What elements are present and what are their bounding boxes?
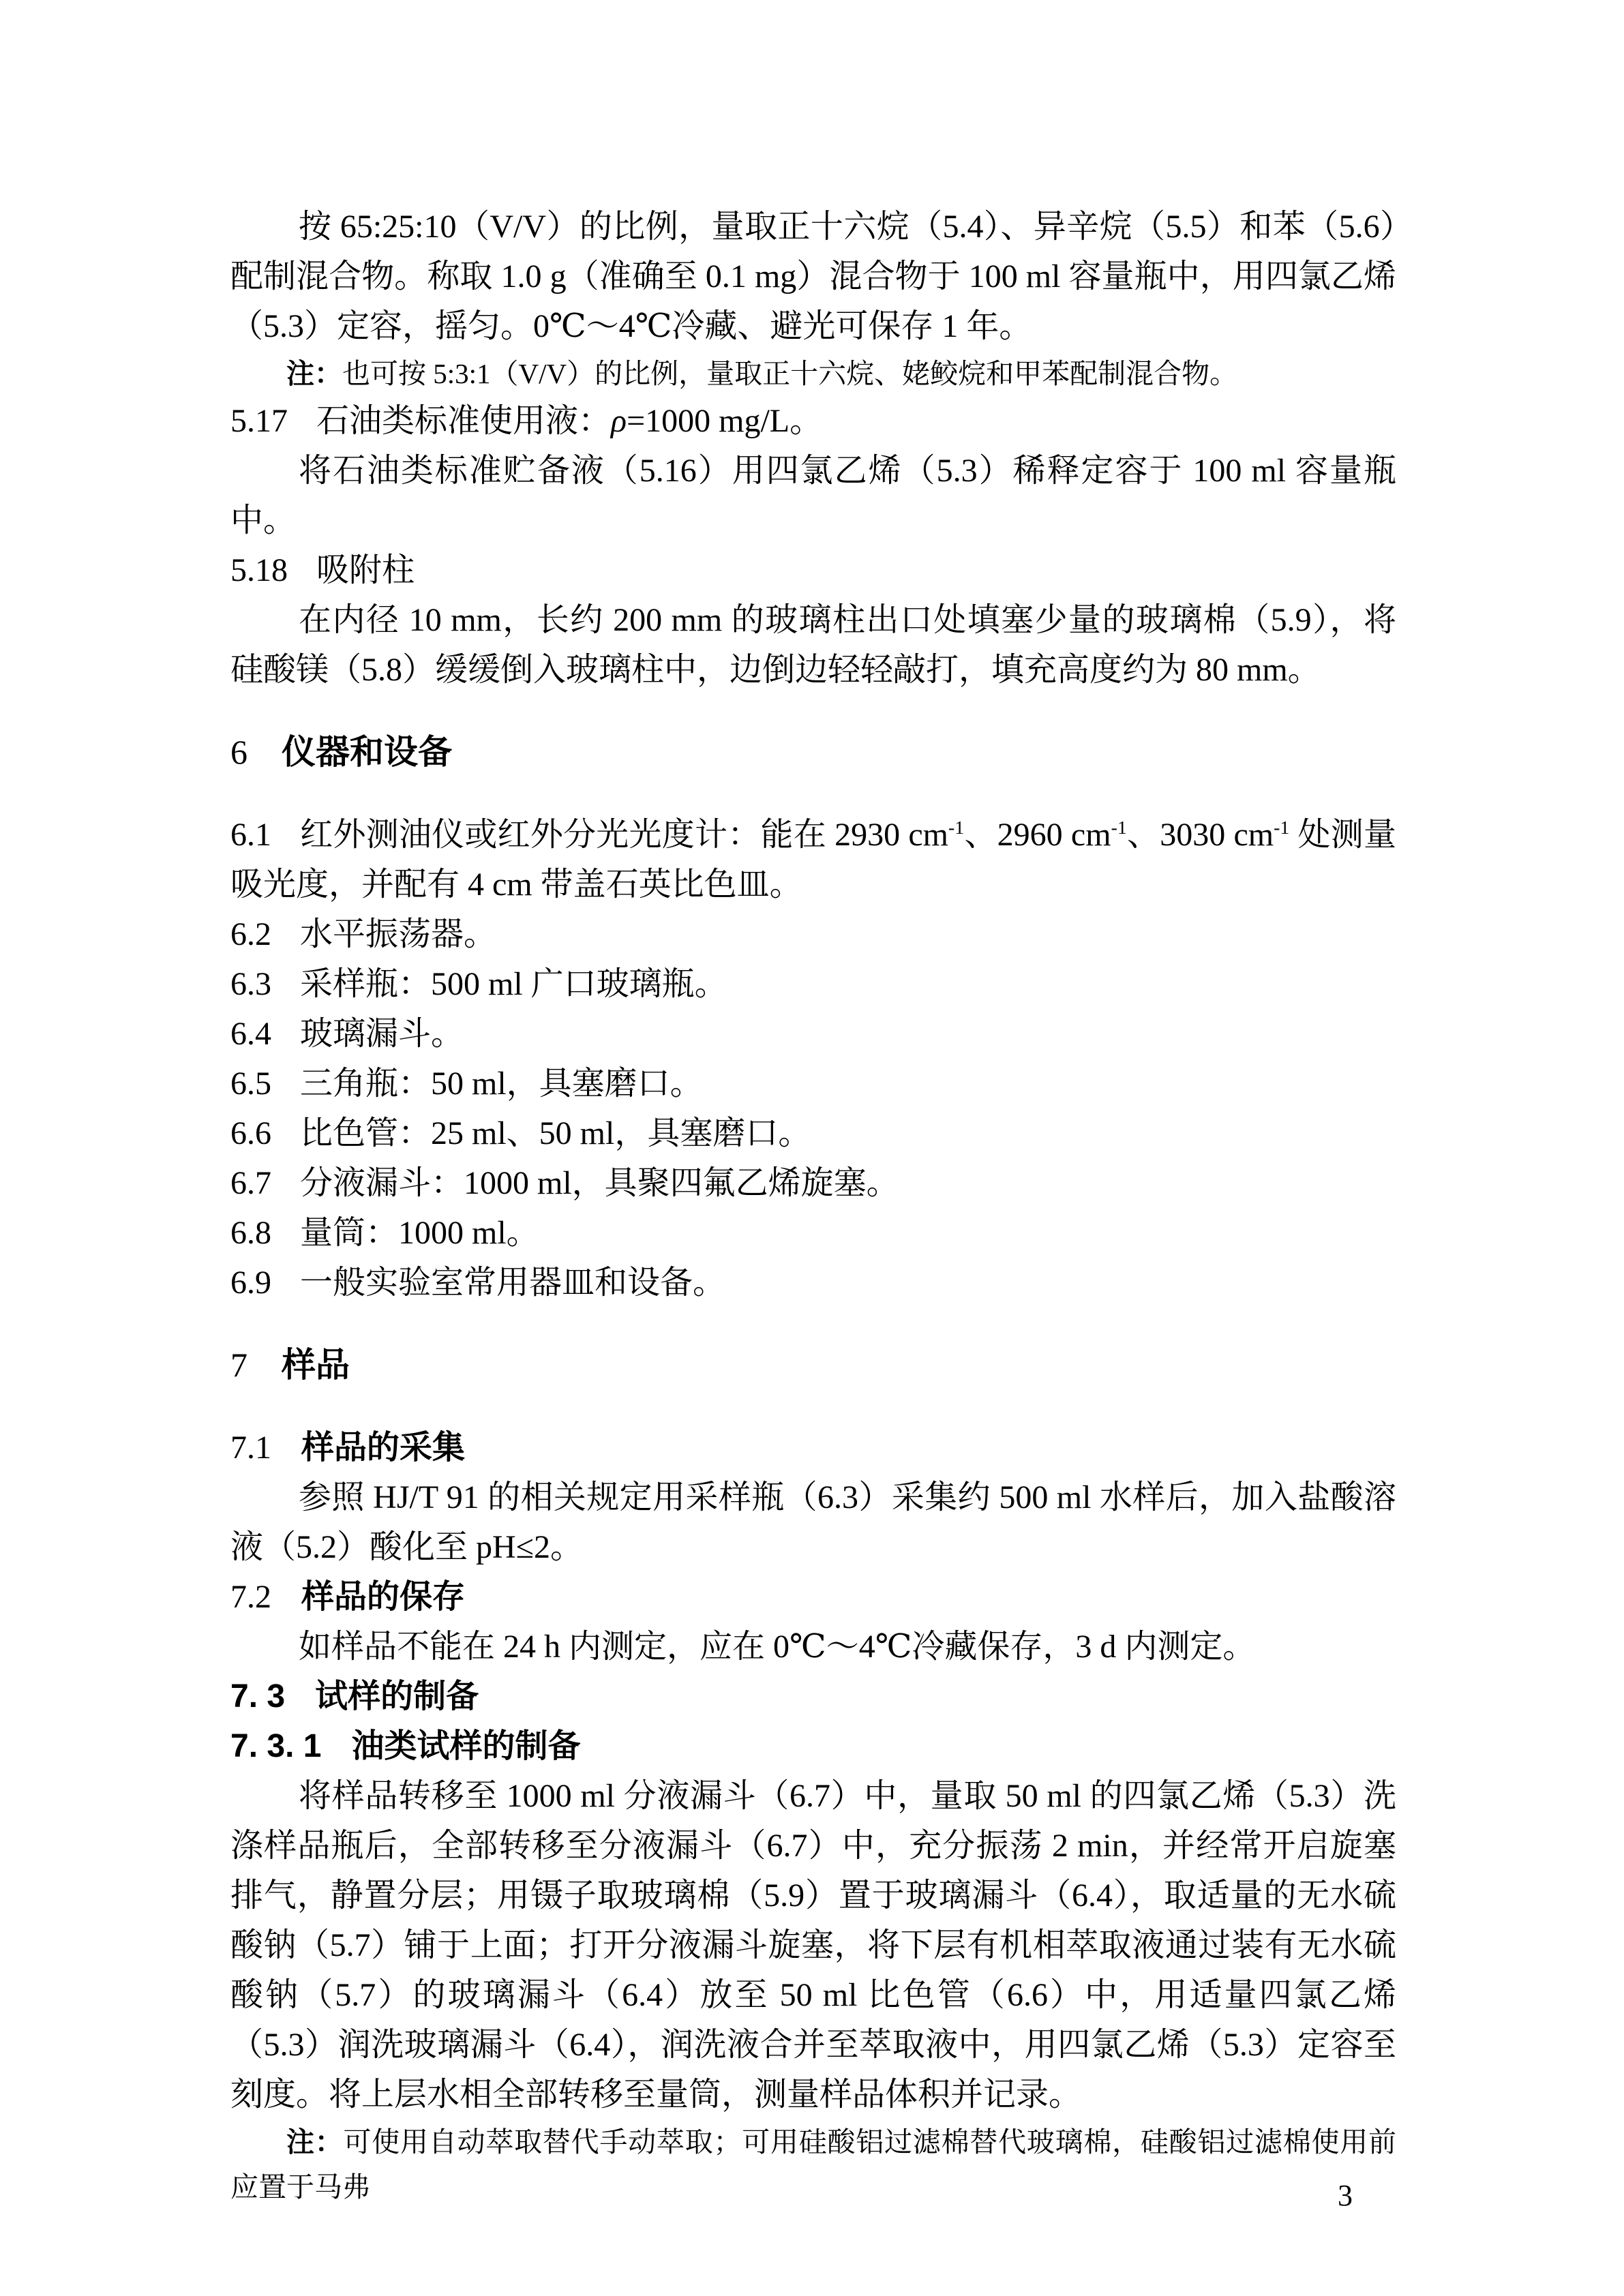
clause-number: 6.4	[230, 1016, 271, 1052]
heading-7-3-1: 7. 3. 1油类试样的制备	[230, 1721, 1396, 1771]
clause-text: 红外测油仪或红外分光光度计：能在 2930 cm-1、2960 cm-1、303…	[230, 817, 1396, 903]
clause-6-4: 6.4玻璃漏斗。	[230, 1009, 1396, 1059]
note-label: 注：	[286, 358, 342, 389]
clause-number: 5.17	[230, 403, 288, 439]
clause-text: 比色管：25 ml、50 ml，具塞磨口。	[300, 1115, 811, 1151]
paragraph-7-2-body: 如样品不能在 24 h 内测定，应在 0℃～4℃冷藏保存，3 d 内测定。	[230, 1622, 1396, 1672]
clause-6-8: 6.8量筒：1000 ml。	[230, 1208, 1396, 1258]
clause-number: 6.5	[230, 1066, 271, 1102]
heading-title: 油类试样的制备	[351, 1728, 580, 1764]
clause-6-5: 6.5三角瓶：50 ml，具塞磨口。	[230, 1059, 1396, 1108]
note-text: 也可按 5:3:1（V/V）的比例，量取正十六烷、姥鲛烷和甲苯配制混合物。	[342, 358, 1237, 389]
section-number: 6	[230, 733, 247, 771]
heading-7-1: 7.1样品的采集	[230, 1423, 1396, 1472]
paragraph-7-3-1-body: 将样品转移至 1000 ml 分液漏斗（6.7）中，量取 50 ml 的四氯乙烯…	[230, 1771, 1396, 2119]
clause-number: 6.6	[230, 1115, 271, 1151]
paragraph-5-18-body: 在内径 10 mm，长约 200 mm 的玻璃柱出口处填塞少量的玻璃棉（5.9）…	[230, 595, 1396, 695]
heading-number: 7.1	[230, 1430, 271, 1466]
clause-number: 6.3	[230, 966, 271, 1002]
clause-text: 分液漏斗：1000 ml，具聚四氟乙烯旋塞。	[300, 1165, 899, 1201]
clause-6-2: 6.2水平振荡器。	[230, 909, 1396, 959]
clause-text: 一般实验室常用器皿和设备。	[300, 1265, 725, 1301]
clause-number: 5.18	[230, 552, 288, 588]
clause-5-17: 5.17石油类标准使用液：ρ=1000 mg/L。	[230, 396, 1396, 446]
note-mixture-alternative: 注：也可按 5:3:1（V/V）的比例，量取正十六烷、姥鲛烷和甲苯配制混合物。	[230, 351, 1396, 396]
heading-number: 7. 3	[230, 1678, 285, 1715]
clause-text: 采样瓶：500 ml 广口玻璃瓶。	[300, 966, 727, 1002]
page-content: 按 65:25:10（V/V）的比例，量取正十六烷（5.4）、异辛烷（5.5）和…	[230, 202, 1396, 2209]
note-extraction-alternative: 注：可使用自动萃取替代手动萃取；可用硅酸铝过滤棉替代玻璃棉，硅酸铝过滤棉使用前应…	[230, 2119, 1396, 2209]
heading-title: 样品的保存	[301, 1579, 465, 1615]
heading-number: 7. 3. 1	[230, 1728, 321, 1764]
paragraph-mixture-preparation: 按 65:25:10（V/V）的比例，量取正十六烷（5.4）、异辛烷（5.5）和…	[230, 202, 1396, 351]
clause-text: 玻璃漏斗。	[300, 1016, 464, 1052]
clause-6-3: 6.3采样瓶：500 ml 广口玻璃瓶。	[230, 959, 1396, 1009]
heading-7-2: 7.2样品的保存	[230, 1572, 1396, 1622]
document-page: 按 65:25:10（V/V）的比例，量取正十六烷（5.4）、异辛烷（5.5）和…	[0, 0, 1624, 2296]
section-6-heading: 6仪器和设备	[230, 727, 1396, 777]
note-label: 注：	[286, 2126, 344, 2158]
heading-number: 7.2	[230, 1579, 271, 1615]
clause-number: 6.9	[230, 1265, 271, 1301]
page-number: 3	[1338, 2179, 1353, 2213]
clause-6-1: 6.1红外测油仪或红外分光光度计：能在 2930 cm-1、2960 cm-1、…	[230, 810, 1396, 909]
clause-text: 量筒：1000 ml。	[300, 1215, 539, 1251]
heading-title: 样品的采集	[301, 1430, 465, 1466]
clause-text: 水平振荡器。	[300, 916, 496, 952]
note-text: 可使用自动萃取替代手动萃取；可用硅酸铝过滤棉替代玻璃棉，硅酸铝过滤棉使用前应置于…	[230, 2126, 1396, 2203]
section-title: 仪器和设备	[282, 733, 452, 771]
section-title: 样品	[282, 1346, 350, 1384]
clause-text: 吸附柱	[316, 552, 415, 588]
heading-7-3: 7. 3试样的制备	[230, 1672, 1396, 1721]
section-7-heading: 7样品	[230, 1340, 1396, 1390]
section-6-clause-list: 6.1红外测油仪或红外分光光度计：能在 2930 cm-1、2960 cm-1、…	[230, 810, 1396, 1308]
clause-5-18: 5.18吸附柱	[230, 545, 1396, 595]
clause-number: 6.2	[230, 916, 271, 952]
paragraph-7-1-body: 参照 HJ/T 91 的相关规定用采样瓶（6.3）采集约 500 ml 水样后，…	[230, 1472, 1396, 1572]
clause-6-6: 6.6比色管：25 ml、50 ml，具塞磨口。	[230, 1108, 1396, 1158]
paragraph-5-17-body: 将石油类标准贮备液（5.16）用四氯乙烯（5.3）稀释定容于 100 ml 容量…	[230, 446, 1396, 545]
clause-number: 6.7	[230, 1165, 271, 1201]
clause-number: 6.8	[230, 1215, 271, 1251]
clause-6-7: 6.7分液漏斗：1000 ml，具聚四氟乙烯旋塞。	[230, 1158, 1396, 1208]
section-number: 7	[230, 1346, 247, 1384]
clause-number: 6.1	[230, 817, 271, 853]
clause-text: 三角瓶：50 ml，具塞磨口。	[300, 1066, 703, 1102]
clause-6-9: 6.9一般实验室常用器皿和设备。	[230, 1258, 1396, 1308]
clause-text: 石油类标准使用液：ρ=1000 mg/L。	[316, 403, 822, 439]
heading-title: 试样的制备	[315, 1678, 479, 1715]
